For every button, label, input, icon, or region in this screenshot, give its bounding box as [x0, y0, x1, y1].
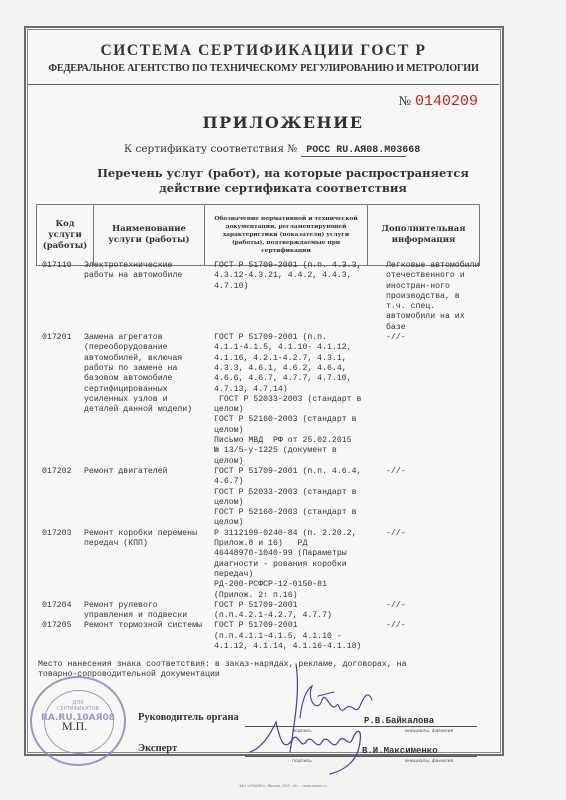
head-signature-ink [300, 686, 372, 718]
handwritten-signatures [0, 0, 566, 800]
expert-signature-ink [250, 664, 360, 774]
printer-imprint: ЗАО «ОПЦИОН», Москва, 2015, «Б» … www.op… [0, 784, 566, 788]
